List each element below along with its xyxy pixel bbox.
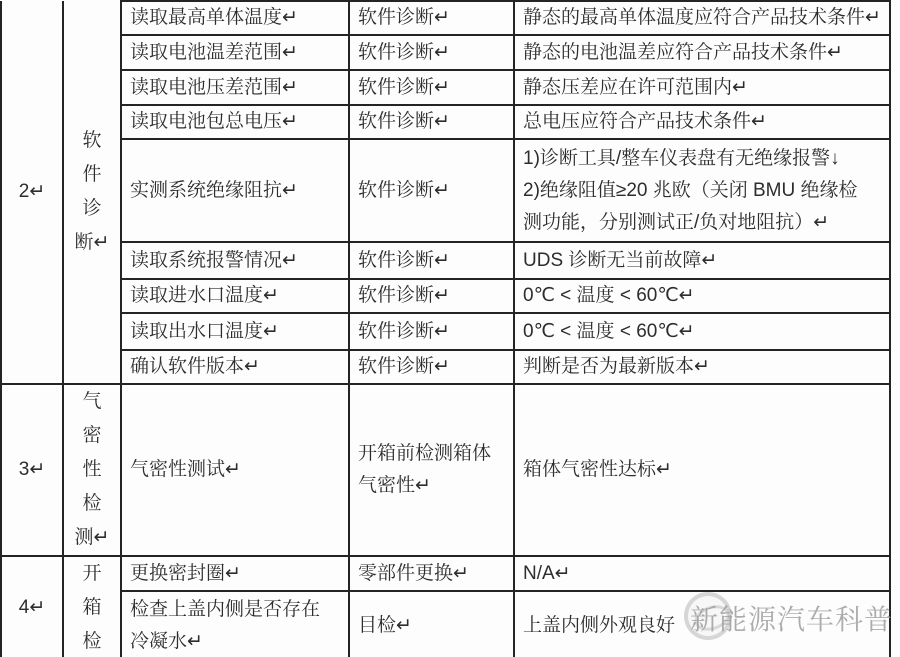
table-row: 读取电池压差范围↵ 软件诊断↵ 静态压差应在许可范围内↵ [1, 70, 890, 105]
method-cell: 目检↵ [349, 591, 514, 657]
table-row: 4↵ 开 箱 检 更换密封圈↵ 零部件更换↵ N/A↵ [1, 556, 890, 591]
item-cell: 读取电池温差范围↵ [121, 35, 349, 70]
criteria-cell: 箱体气密性达标↵ [514, 384, 890, 556]
method-cell: 软件诊断↵ [349, 1, 514, 35]
criteria-cell: 静态的电池温差应符合产品技术条件↵ [514, 35, 890, 70]
inspection-table: 2↵ 软 件 诊 断↵ 读取最高单体温度↵ 软件诊断↵ 静态的最高单体温度应符合… [0, 0, 891, 657]
section-number: 4↵ [1, 556, 63, 657]
method-cell: 软件诊断↵ [349, 105, 514, 139]
method-cell: 软件诊断↵ [349, 350, 514, 384]
criteria-cell: 静态的最高单体温度应符合产品技术条件↵ [514, 1, 890, 35]
item-cell: 实测系统绝缘阻抗↵ [121, 139, 349, 242]
criteria-cell: 0℃ < 温度 < 60℃↵ [514, 279, 890, 313]
method-cell: 软件诊断↵ [349, 242, 514, 279]
method-cell: 软件诊断↵ [349, 313, 514, 350]
table-row: 读取出水口温度↵ 软件诊断↵ 0℃ < 温度 < 60℃↵ [1, 313, 890, 350]
criteria-cell: 0℃ < 温度 < 60℃↵ [514, 313, 890, 350]
table-row: 读取系统报警情况↵ 软件诊断↵ UDS 诊断无当前故障↵ [1, 242, 890, 279]
section-category: 开 箱 检 [63, 556, 121, 657]
item-cell: 读取系统报警情况↵ [121, 242, 349, 279]
item-cell: 读取进水口温度↵ [121, 279, 349, 313]
criteria-cell: 1)诊断工具/整车仪表盘有无绝缘报警↓ 2)绝缘阻值≥20 兆欧（关闭 BMU … [514, 139, 890, 242]
section-number: 2↵ [1, 1, 63, 384]
table-row: 读取电池温差范围↵ 软件诊断↵ 静态的电池温差应符合产品技术条件↵ [1, 35, 890, 70]
table-row: 读取电池包总电压↵ 软件诊断↵ 总电压应符合产品技术条件↵ [1, 105, 890, 139]
item-cell: 读取出水口温度↵ [121, 313, 349, 350]
criteria-cell: UDS 诊断无当前故障↵ [514, 242, 890, 279]
table-row: 检查上盖内侧是否存在 冷凝水↵ 目检↵ 上盖内侧外观良好 [1, 591, 890, 657]
table-row: 读取进水口温度↵ 软件诊断↵ 0℃ < 温度 < 60℃↵ [1, 279, 890, 313]
method-cell: 软件诊断↵ [349, 279, 514, 313]
table-row: 确认软件版本↵ 软件诊断↵ 判断是否为最新版本↵ [1, 350, 890, 384]
document-page: 2↵ 软 件 诊 断↵ 读取最高单体温度↵ 软件诊断↵ 静态的最高单体温度应符合… [0, 0, 900, 657]
method-cell: 软件诊断↵ [349, 70, 514, 105]
method-cell: 软件诊断↵ [349, 139, 514, 242]
section-category: 软 件 诊 断↵ [63, 1, 121, 384]
criteria-cell: 静态压差应在许可范围内↵ [514, 70, 890, 105]
criteria-cell: N/A↵ [514, 556, 890, 591]
item-cell: 读取最高单体温度↵ [121, 1, 349, 35]
criteria-cell: 总电压应符合产品技术条件↵ [514, 105, 890, 139]
table-row: 2↵ 软 件 诊 断↵ 读取最高单体温度↵ 软件诊断↵ 静态的最高单体温度应符合… [1, 1, 890, 35]
item-cell: 读取电池压差范围↵ [121, 70, 349, 105]
method-cell: 开箱前检测箱体 气密性↵ [349, 384, 514, 556]
item-cell: 更换密封圈↵ [121, 556, 349, 591]
method-cell: 软件诊断↵ [349, 35, 514, 70]
item-cell: 读取电池包总电压↵ [121, 105, 349, 139]
item-cell: 检查上盖内侧是否存在 冷凝水↵ [121, 591, 349, 657]
section-number: 3↵ [1, 384, 63, 556]
table-row: 3↵ 气 密 性 检 测↵ 气密性测试↵ 开箱前检测箱体 气密性↵ 箱体气密性达… [1, 384, 890, 556]
table-row: 实测系统绝缘阻抗↵ 软件诊断↵ 1)诊断工具/整车仪表盘有无绝缘报警↓ 2)绝缘… [1, 139, 890, 242]
criteria-cell: 判断是否为最新版本↵ [514, 350, 890, 384]
method-cell: 零部件更换↵ [349, 556, 514, 591]
item-cell: 确认软件版本↵ [121, 350, 349, 384]
item-cell: 气密性测试↵ [121, 384, 349, 556]
section-category: 气 密 性 检 测↵ [63, 384, 121, 556]
criteria-cell: 上盖内侧外观良好 [514, 591, 890, 657]
